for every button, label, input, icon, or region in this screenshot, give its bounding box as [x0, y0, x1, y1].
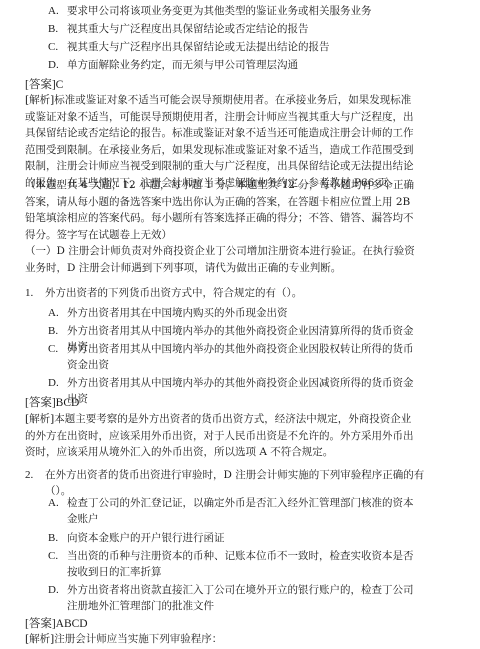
- question-number: 1.: [25, 285, 33, 301]
- option-text: 外方出资者将出资款直接汇入丁公司在境外开立的银行账户的，检查丁公司注册地外汇管理…: [67, 582, 420, 614]
- option-letter: C.: [48, 39, 58, 55]
- document-page: A. 要求甲公司将该项业务变更为其他类型的鉴证业务或相关服务业务 B. 视其重大…: [0, 0, 480, 649]
- prev-option-a: A. 要求甲公司将该项业务变更为其他类型的鉴证业务或相关服务业务: [48, 3, 420, 19]
- option-letter: B.: [48, 530, 58, 546]
- q2-option-a: A. 检查丁公司的外汇登记证，以确定外币是否汇入经外汇管理部门核准的资本金账户: [48, 495, 420, 527]
- option-text: 外方出资者用其在中国境内购买的外币现金出资: [67, 305, 420, 321]
- section-instructions: （本题型共 4 大题，12 小题，每小题 1 分，本题型共 12 分，每小题均有…: [25, 177, 415, 243]
- q2-option-c: C. 当出资的币种与注册资本的币种、记账本位币不一致时，检查实收资本是否按收到日…: [48, 548, 420, 580]
- prev-option-b: B. 视其重大与广泛程度出具保留结论或否定结论的报告: [48, 21, 420, 37]
- prev-answer: [答案]C: [25, 78, 63, 92]
- option-letter: B.: [48, 21, 58, 37]
- option-letter: D.: [48, 582, 59, 598]
- option-text: 单方面解除业务约定，而无须与甲公司管理层沟通: [67, 57, 420, 73]
- option-text: 向资本金账户的开户银行进行函证: [67, 530, 420, 546]
- q1-option-a: A. 外方出资者用其在中国境内购买的外币现金出资: [48, 305, 420, 321]
- question-1: 1. 外方出资者的下列货币出资方式中，符合规定的有（）。: [25, 285, 445, 301]
- q2-option-d: D. 外方出资者将出资款直接汇入丁公司在境外开立的银行账户的，检查丁公司注册地外…: [48, 582, 420, 614]
- prev-option-c: C. 视其重大与广泛程序出具保留结论或无法提出结论的报告: [48, 39, 420, 55]
- option-text: 检查丁公司的外汇登记证，以确定外币是否汇入经外汇管理部门核准的资本金账户: [67, 495, 420, 527]
- option-text: 外方出资者用其从中国境内举办的其他外商投资企业因减资所得的货币资金出资: [67, 375, 420, 407]
- option-letter: D.: [48, 375, 59, 391]
- option-letter: A.: [48, 495, 59, 511]
- case-intro: （一）D 注册会计师负责对外商投资企业丁公司增加注册资本进行验证。在执行验资业务…: [25, 243, 415, 276]
- q1-answer: [答案]BCD: [25, 396, 79, 410]
- option-letter: C.: [48, 548, 58, 564]
- option-text: 当出资的币种与注册资本的币种、记账本位币不一致时，检查实收资本是否按收到日的汇率…: [67, 548, 420, 580]
- prev-option-d: D. 单方面解除业务约定，而无须与甲公司管理层沟通: [48, 57, 420, 73]
- option-letter: D.: [48, 57, 59, 73]
- option-letter: A.: [48, 3, 59, 19]
- q2-answer: [答案]ABCD: [25, 617, 88, 631]
- q2-analysis: [解析]注册会计师应当实施下列审验程序：: [25, 631, 415, 648]
- q1-analysis: [解析]本题主要考察的是外方出资者的货币出资方式，经济法中规定，外商投资企业的外…: [25, 411, 415, 461]
- q1-option-d: D. 外方出资者用其从中国境内举办的其他外商投资企业因减资所得的货币资金出资: [48, 375, 420, 407]
- q1-option-c: C. 外方出资者用其从中国境内举办的其他外商投资企业因股权转让所得的货币资金出资: [48, 341, 420, 373]
- option-text: 外方出资者用其从中国境内举办的其他外商投资企业因股权转让所得的货币资金出资: [67, 341, 420, 373]
- option-letter: C.: [48, 341, 58, 357]
- option-letter: B.: [48, 323, 58, 339]
- option-text: 要求甲公司将该项业务变更为其他类型的鉴证业务或相关服务业务: [67, 3, 420, 19]
- option-letter: A.: [48, 305, 59, 321]
- q2-option-b: B. 向资本金账户的开户银行进行函证: [48, 530, 420, 546]
- option-text: 视其重大与广泛程序出具保留结论或无法提出结论的报告: [67, 39, 420, 55]
- question-stem: 外方出资者的下列货币出资方式中，符合规定的有（）。: [45, 285, 445, 301]
- option-text: 视其重大与广泛程度出具保留结论或否定结论的报告: [67, 21, 420, 37]
- question-number: 2.: [25, 467, 33, 483]
